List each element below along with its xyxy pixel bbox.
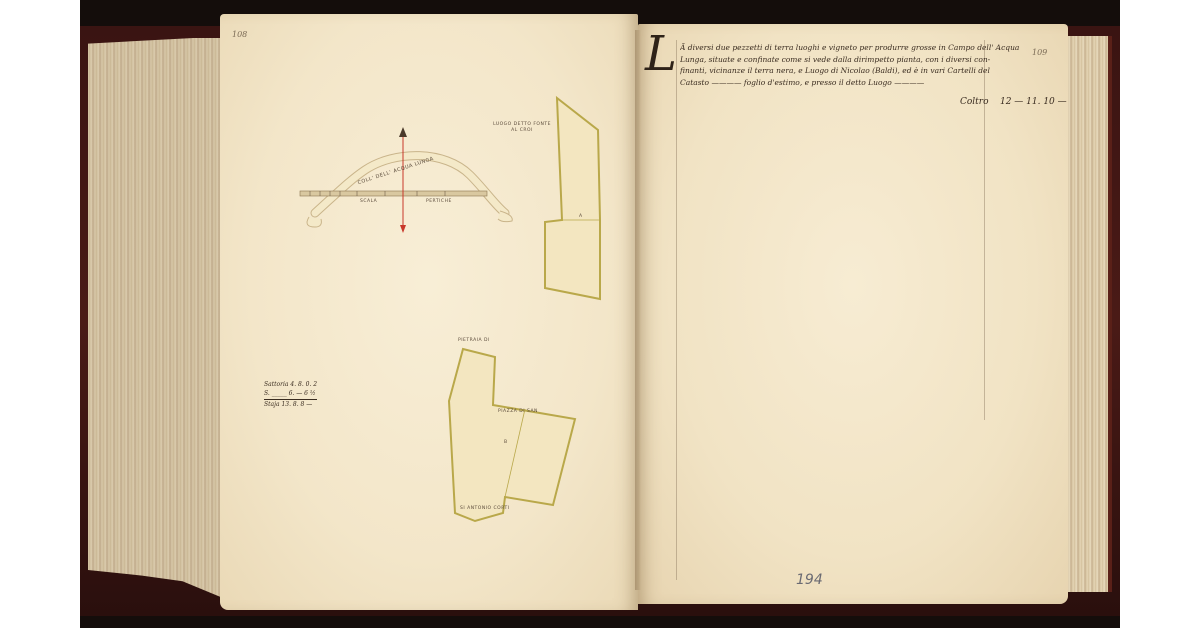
entry-total: Coltro 12 — 11. 10 — xyxy=(960,97,1067,107)
entry-total-label: Coltro xyxy=(960,97,989,107)
scale-label: SCALA xyxy=(360,199,377,204)
manuscript-photo: 108 COLL' DELL' ACQUA LUNGA SCALA PERTIC… xyxy=(80,0,1120,628)
parcel-top-map xyxy=(540,95,610,305)
parcel-bottom-label-east: PIAZZA DI SAN xyxy=(498,409,538,414)
scale-unit-label: PERTICHE xyxy=(426,199,452,204)
entry-line-1: Ã diversi due pezzetti di terra luoghi e… xyxy=(680,42,1060,54)
decorated-initial: L xyxy=(645,30,677,78)
left-folio-number: 108 xyxy=(232,30,247,39)
right-page-edges xyxy=(1066,36,1112,592)
entry-line-2: Lunga, situate e confinate come si vede … xyxy=(680,54,1060,66)
parcel-bottom-label-top: PIETRAIA DI xyxy=(458,338,490,343)
area-note-line-3: Staja 13. 8. 8 — xyxy=(264,399,317,409)
parcel-top-letter: A xyxy=(579,214,583,219)
gutter-shadow xyxy=(635,30,641,590)
area-note-line-2: S. _____ 6. — 6 ½ xyxy=(264,389,317,398)
left-page-edges xyxy=(88,38,223,598)
margin-ruling-left xyxy=(676,40,677,580)
scale-bow-diagram xyxy=(295,125,515,235)
entry-line-4: Catasto ———— foglio d'estimo, e presso i… xyxy=(680,77,1060,89)
parcel-bottom-letter: B xyxy=(504,440,508,445)
area-note-line-1: Sattoria 4. 8. 0. 2 xyxy=(264,380,317,389)
entry-line-3: finanti, vicinanze il terra nera, e Luog… xyxy=(680,65,1060,77)
register-entry: Ã diversi due pezzetti di terra luoghi e… xyxy=(680,42,1060,88)
area-note: Sattoria 4. 8. 0. 2 S. _____ 6. — 6 ½ St… xyxy=(264,380,317,409)
parcel-bottom-label-south: SI ANTONIO CORTI xyxy=(460,506,510,511)
archive-stamp-number: 194 xyxy=(796,572,823,588)
entry-total-value: 12 — 11. 10 — xyxy=(1000,97,1067,107)
right-page xyxy=(638,24,1068,604)
parcel-bottom-map xyxy=(445,345,585,525)
